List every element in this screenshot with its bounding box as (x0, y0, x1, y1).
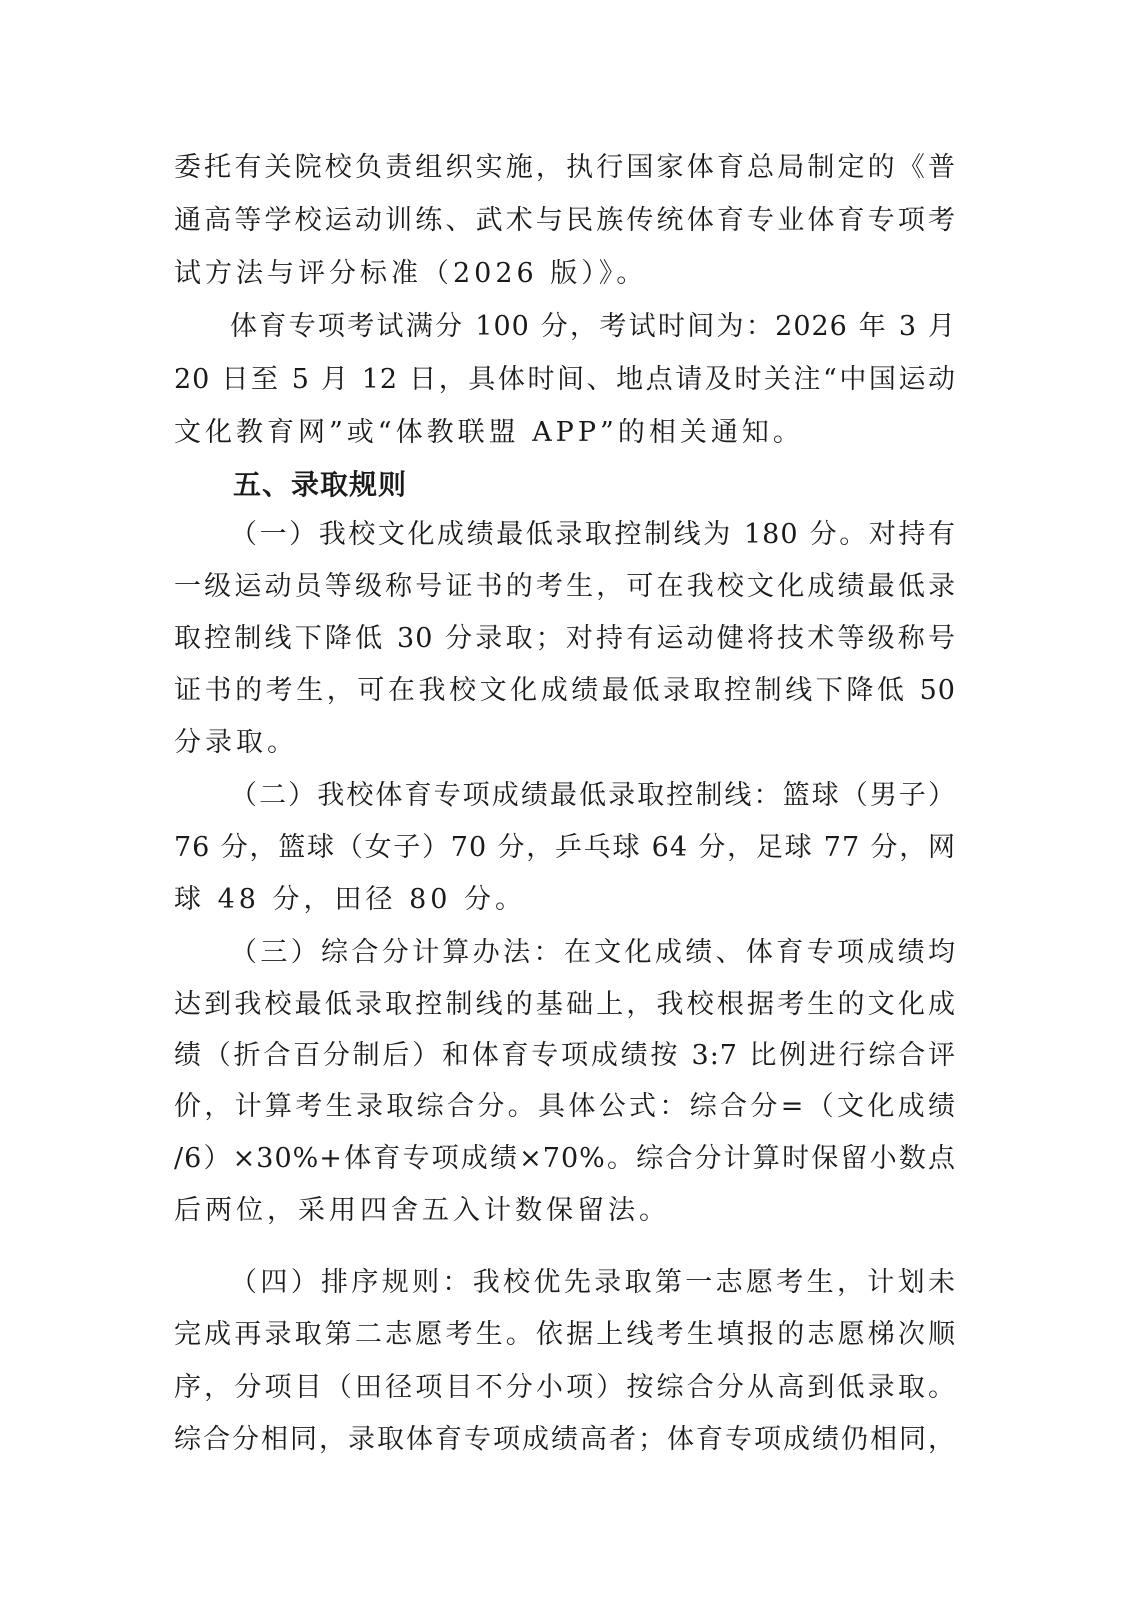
document-page: 委托有关院校负责组织实施，执行国家体育总局制定的《普 通高等学校运动训练、武术与… (0, 0, 1131, 1600)
paragraph-line: 文化教育网”或“体教联盟 APP”的相关通知。 (174, 413, 956, 453)
rule-line: （一）我校文化成绩最低录取控制线为 180 分。对持有 (230, 515, 956, 555)
paragraph-line: 试方法与评分标准（2026 版）》。 (174, 254, 956, 294)
rule-line: 后两位，采用四舍五入计数保留法。 (174, 1191, 956, 1231)
rule-line: （四）排序规则：我校优先录取第一志愿考生，计划未 (230, 1263, 956, 1303)
rule-line: /6）×30%+体育专项成绩×70%。综合分计算时保留小数点 (174, 1139, 956, 1179)
paragraph-line: 20 日至 5 月 12 日，具体时间、地点请及时关注“中国运动 (174, 360, 956, 400)
paragraph-line: 通高等学校运动训练、武术与民族传统体育专业体育专项考 (174, 201, 956, 241)
rule-line: 取控制线下降低 30 分录取；对持有运动健将技术等级称号 (174, 619, 956, 659)
rule-line: 76 分，篮球（女子）70 分，乒乓球 64 分，足球 77 分，网 (174, 828, 956, 868)
rule-line: 分录取。 (174, 723, 956, 763)
paragraph-line: 委托有关院校负责组织实施，执行国家体育总局制定的《普 (174, 148, 956, 188)
rule-line: 综合分相同，录取体育专项成绩高者；体育专项成绩仍相同， (174, 1420, 956, 1460)
rule-line: 证书的考生，可在我校文化成绩最低录取控制线下降低 50 (174, 671, 956, 711)
rule-line: 球 48 分，田径 80 分。 (174, 880, 956, 920)
rule-line: （二）我校体育专项成绩最低录取控制线：篮球（男子） (230, 776, 956, 816)
rule-line: 序，分项目（田径项目不分小项）按综合分从高到低录取。 (174, 1368, 956, 1408)
rule-line: （三）综合分计算办法：在文化成绩、体育专项成绩均 (230, 933, 956, 973)
rule-line: 完成再录取第二志愿考生。依据上线考生填报的志愿梯次顺 (174, 1315, 956, 1355)
rule-line: 一级运动员等级称号证书的考生，可在我校文化成绩最低录 (174, 567, 956, 607)
section-heading: 五、录取规则 (233, 465, 407, 505)
paragraph-line: 体育专项考试满分 100 分，考试时间为：2026 年 3 月 (230, 307, 956, 347)
rule-line: 达到我校最低录取控制线的基础上，我校根据考生的文化成 (174, 985, 956, 1025)
rule-line: 绩（折合百分制后）和体育专项成绩按 3:7 比例进行综合评 (174, 1036, 956, 1076)
rule-line: 价，计算考生录取综合分。具体公式：综合分=（文化成绩 (174, 1087, 956, 1127)
